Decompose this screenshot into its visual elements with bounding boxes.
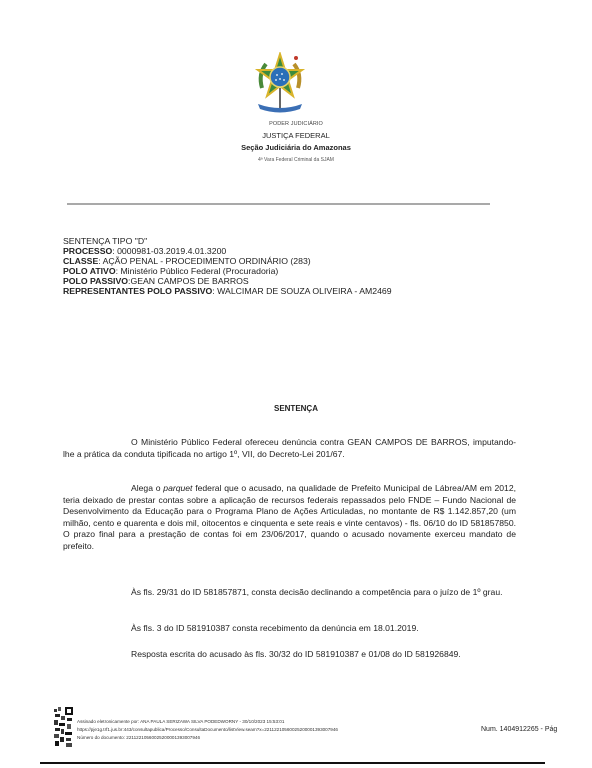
field-value: GEAN CAMPOS DE BARROS xyxy=(130,276,248,286)
document-title: SENTENÇA xyxy=(0,404,592,413)
footer-verification-link[interactable]: https://pje1g.trf1.jus.br:443/consultapu… xyxy=(77,727,338,732)
case-field-representantes: REPRESENTANTES POLO PASSIVO: WALCIMAR DE… xyxy=(63,286,392,296)
paragraph-text: Resposta escrita do acusado às fls. 30/3… xyxy=(131,649,461,659)
paragraph-emphasis: parquet xyxy=(163,483,192,493)
field-label: CLASSE xyxy=(63,256,98,266)
paragraph-5: Resposta escrita do acusado às fls. 30/3… xyxy=(63,649,516,661)
paragraph-text: Às fls. 29/31 do ID 581857871, consta de… xyxy=(131,587,503,597)
paragraph-4: Às fls. 3 do ID 581910387 consta recebim… xyxy=(63,623,516,635)
footer-document-number: Número do documento: 2211221056002520000… xyxy=(77,735,200,740)
field-label: PROCESSO xyxy=(63,246,112,256)
field-label: POLO ATIVO xyxy=(63,266,116,276)
header-line-justica-federal: JUSTIÇA FEDERAL xyxy=(0,131,592,140)
field-value: AÇÃO PENAL - PROCEDIMENTO ORDINÁRIO (283… xyxy=(103,256,311,266)
paragraph-3: Às fls. 29/31 do ID 581857871, consta de… xyxy=(63,587,516,599)
paragraph-text: federal que o acusado, na qualidade de P… xyxy=(63,483,516,551)
case-field-polo-passivo: POLO PASSIVO:GEAN CAMPOS DE BARROS xyxy=(63,276,249,286)
footer-divider xyxy=(40,762,545,764)
paragraph-2: Alega o parquet federal que o acusado, n… xyxy=(63,483,516,552)
field-label: POLO PASSIVO xyxy=(63,276,128,286)
header-line-poder-judiciario: PODER JUDICIÁRIO xyxy=(0,121,592,127)
case-field-processo: PROCESSO: 0000981-03.2019.4.01.3200 xyxy=(63,246,226,256)
field-value: WALCIMAR DE SOUZA OLIVEIRA - AM2469 xyxy=(217,286,391,296)
paragraph-text: Alega o xyxy=(131,483,163,493)
sentence-type: SENTENÇA TIPO "D" xyxy=(63,236,147,246)
field-value: Ministério Público Federal (Procuradoria… xyxy=(120,266,278,276)
paragraph-text: Às fls. 3 do ID 581910387 consta recebim… xyxy=(131,623,419,633)
header-divider xyxy=(67,203,490,205)
header-line-vara: 4ª Vara Federal Criminal da SJAM xyxy=(0,157,592,163)
coat-of-arms-icon xyxy=(254,52,306,116)
footer-page-reference: Num. 1404912265 - Pág xyxy=(481,726,557,733)
header-line-secao-judiciaria: Seção Judiciária do Amazonas xyxy=(0,143,592,152)
field-value: 0000981-03.2019.4.01.3200 xyxy=(117,246,226,256)
qr-code-icon[interactable] xyxy=(53,706,75,748)
case-field-classe: CLASSE: AÇÃO PENAL - PROCEDIMENTO ORDINÁ… xyxy=(63,256,311,266)
paragraph-text: O Ministério Público Federal ofereceu de… xyxy=(63,437,516,459)
case-field-polo-ativo: POLO ATIVO: Ministério Público Federal (… xyxy=(63,266,278,276)
footer-signed-by: Assinado eletronicamente por: ANA PAULA … xyxy=(77,719,284,724)
paragraph-1: O Ministério Público Federal ofereceu de… xyxy=(63,437,516,460)
field-label: REPRESENTANTES POLO PASSIVO xyxy=(63,286,212,296)
